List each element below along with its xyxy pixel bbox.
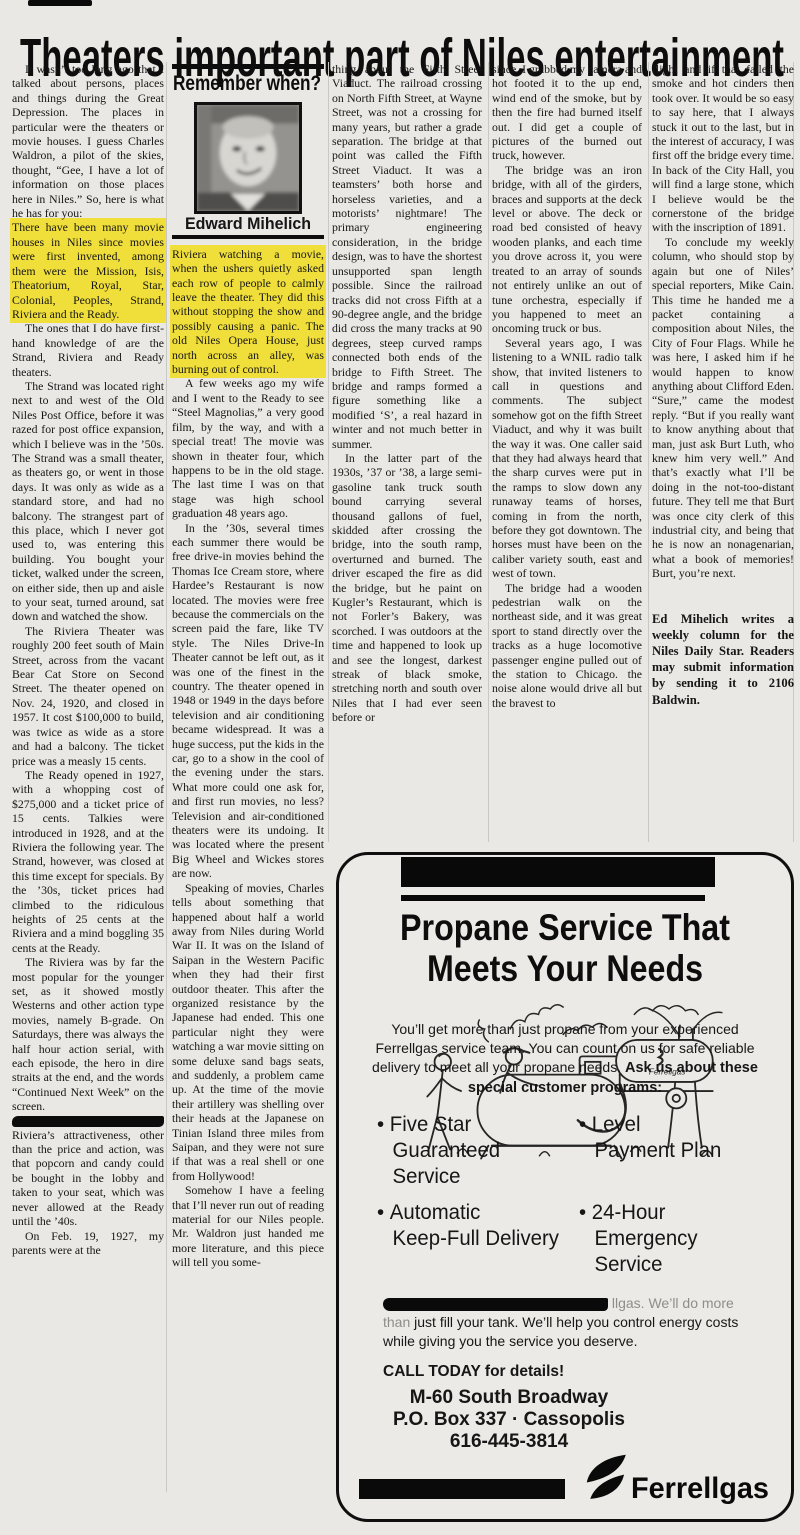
list-item: Five Star Guaranteed Service <box>377 1112 563 1190</box>
paragraph: In the latter part of the 1930s, ’37 or … <box>332 451 482 725</box>
highlighted-paragraph: Riviera watching a movie, when the usher… <box>172 247 324 377</box>
svg-text:Remember when?: Remember when? <box>173 72 321 95</box>
remember-when-title: Remember when? <box>172 71 324 95</box>
article-column-3: thing about the Fifth Street Viaduct. Th… <box>332 62 482 725</box>
ad-body-text: llgas. We’ll do more than just fill your… <box>383 1294 761 1351</box>
paragraph: To conclude my weekly column, who should… <box>652 235 794 581</box>
paragraph: Riviera’s attractiveness, other than the… <box>12 1128 164 1229</box>
list-item: Level Payment Plan <box>579 1112 765 1190</box>
ad-phone: 616-445-3814 <box>359 1431 659 1453</box>
ferrellgas-logo-text: Ferrellgas <box>631 1471 771 1505</box>
highlighted-paragraph: There have been many movie houses in Nil… <box>12 220 164 321</box>
paragraph: It wasn’t too long ago that I talked abo… <box>12 62 164 220</box>
column-rule <box>648 62 649 842</box>
ferrellgas-advertisement: Propane Service That Meets Your Needs <box>336 852 794 1522</box>
paragraph: The Riviera Theater was roughly 200 feet… <box>12 624 164 768</box>
ad-intro-text: You’ll get more than just propane from y… <box>365 1020 765 1098</box>
svg-text:Propane Service That: Propane Service That <box>400 907 730 948</box>
spacer <box>652 581 794 611</box>
ad-address-line1: M-60 South Broadway <box>359 1387 659 1409</box>
ad-footer: Ferrellgas <box>359 1453 771 1505</box>
paragraph: The bridge had a wooden pedestrian walk … <box>492 581 642 711</box>
rule <box>172 235 324 239</box>
edward-mihelich-photo <box>194 102 302 214</box>
column-rule <box>488 62 489 842</box>
ad-address-line2: P.O. Box 337 · Cassopolis <box>359 1409 659 1431</box>
redaction-bar <box>401 895 705 901</box>
paragraph: A few weeks ago my wife and I went to th… <box>172 376 324 520</box>
paragraph: The Riviera was by far the most popular … <box>12 955 164 1113</box>
ad-headline: Propane Service That Meets Your Needs <box>365 907 765 996</box>
author-credit: Ed Mihelich writes a weekly column for t… <box>652 611 794 708</box>
paragraph: The ones that I do have first-hand knowl… <box>12 321 164 379</box>
paragraph: The Ready opened in 1927, with a whoppin… <box>12 768 164 955</box>
ad-call-to-action: CALL TODAY for details! <box>383 1363 771 1381</box>
redaction-bar <box>12 1116 164 1127</box>
ad-program-list: Five Star Guaranteed Service Level Payme… <box>377 1112 771 1278</box>
ferrellgas-flame-icon <box>579 1453 631 1505</box>
paragraph: Speaking of movies, Charles tells about … <box>172 881 324 1184</box>
article-column-1: It wasn’t too long ago that I talked abo… <box>12 62 164 1257</box>
rule <box>172 64 324 69</box>
photo-caption-author: Edward Mihelich <box>177 217 320 231</box>
redaction-smudge <box>383 1298 608 1311</box>
article-column-4: since. I grabbed my camera and hot foote… <box>492 62 642 710</box>
ad-illustration: Ferrellgas <box>400 998 730 1016</box>
paragraph: flight and if that failed the smoke and … <box>652 62 794 235</box>
redaction-bar <box>401 857 715 887</box>
paragraph: In the ’30s, several times each summer t… <box>172 521 324 881</box>
newspaper-page: Theaters important part of Niles enterta… <box>0 0 800 1535</box>
list-item: Automatic Keep-Full Delivery <box>377 1200 563 1278</box>
column-rule <box>166 62 167 1492</box>
column-rule <box>328 62 329 842</box>
redaction-bar <box>359 1479 565 1499</box>
paragraph: On Feb. 19, 1927, my parents were at the <box>12 1229 164 1258</box>
svg-text:Meets Your Needs: Meets Your Needs <box>427 948 703 989</box>
paragraph: thing about the Fifth Street Viaduct. Th… <box>332 62 482 451</box>
article-column-2: Remember when? <box>172 62 324 1270</box>
paragraph: The bridge was an iron bridge, with all … <box>492 163 642 336</box>
svg-text:Ferrellgas: Ferrellgas <box>631 1472 769 1505</box>
paragraph: The Strand was located right next to and… <box>12 379 164 624</box>
paragraph: since. I grabbed my camera and hot foote… <box>492 62 642 163</box>
scan-artifact <box>28 0 92 6</box>
paragraph: Somehow I have a feeling that I’ll never… <box>172 1183 324 1269</box>
ferrellgas-logo: Ferrellgas <box>579 1453 771 1505</box>
list-item: 24-Hour Emergency Service <box>579 1200 765 1278</box>
article-column-5: flight and if that failed the smoke and … <box>652 62 794 708</box>
paragraph: Several years ago, I was listening to a … <box>492 336 642 581</box>
remember-when-box: Remember when? <box>172 64 324 239</box>
ad-address: M-60 South Broadway P.O. Box 337 · Casso… <box>359 1387 659 1453</box>
